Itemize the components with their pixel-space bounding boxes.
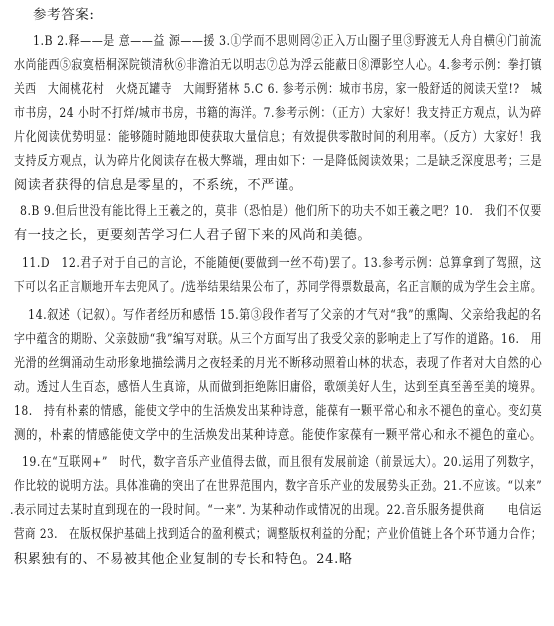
answer-line: 有一技之长，更要刻苦学习仁人君子留下来的风尚和美德。 <box>14 227 542 245</box>
answer-line: 11.D 12.君子对于自己的言论，不能随便(要做到一丝不苟)罢了。13.参考示… <box>22 255 454 273</box>
answer-line: 动。透过人生百态，感悟人生真谛，从而做到拒绝陈旧庸俗，歌颂美好人生，达到至真至善… <box>14 379 455 397</box>
answer-document: 参考答案: 1.B 2.释——是 意——益 源——援 3.①学而不思则罔②正入万… <box>0 0 554 626</box>
answer-line: .表示同过去某时直到现在的一段时间。“一来”. 为某种动作或情况的出现。22.音… <box>10 502 450 520</box>
answer-line: 下可以名正言顺地开车去兜风了。/选举结果结果公布了，苏同学得票数最高，名正言顺的… <box>14 279 443 297</box>
answer-line: 14.叙述（记叙）。写作者经历和感悟 15.第③段作者写了父亲的才气对“我”的熏… <box>28 307 463 325</box>
answer-line: 19.在“互联网+” 时代，数字音乐产业值得去做，而且很有发展前途（前景远大）。… <box>22 454 452 472</box>
answer-line: 阅读者获得的信息是零星的，不系统，不严谨。 <box>14 177 542 195</box>
answer-line: 片化阅读优势明显：能够随时随地即使获取大量信息；有效提供零散时间的利用率。（反方… <box>14 129 460 147</box>
answer-line: 光滑的丝绸涌动生动形象地描绘满月之夜轻柔的月光不断移动照着山林的状态，表现了作者… <box>14 355 455 373</box>
answer-line: 字中蕴含的期盼、父亲鼓励“我”编写对联。从三个方面写出了我受父亲的影响走上了写作… <box>14 331 449 349</box>
answer-line: 1.B 2.释——是 意——益 源——援 3.①学而不思则罔②正入万山圈子里③野… <box>33 33 460 51</box>
answer-line: 关西 大闹桃花村 火烧瓦罐寺 大闹野猪林 5.C 6. 参考示例：城市书房，家一… <box>14 81 448 99</box>
answer-line: 8.B 9.但后世没有能比得上王羲之的，莫非（恐怕是）他们所下的功夫不如王羲之吧… <box>20 203 454 221</box>
answer-line: 18. 持有朴素的情感，能使文学中的生活焕发出某种诗意，能葆有一颗平常心和永不褪… <box>14 403 449 421</box>
answer-line: 营商 23. 在版权保护基础上找到适合的盈利模式；调整版权利益的分配；产业价值链… <box>14 526 437 544</box>
answer-line: 测的，朴素的情感能使文学中的生活焕发出某种诗意。能使作家葆有一颗平常心和永不褪色… <box>14 427 475 445</box>
answer-line: 支持反方观点，认为碎片化阅读存在极大弊端，理由如下：一是降低阅读效果；二是缺乏深… <box>14 153 455 171</box>
answer-line: 水尚能西⑤寂寞梧桐深院锁清秋⑥非澹泊无以明志⑦总为浮云能蔽日⑧潭影空人心。4.参… <box>14 57 455 75</box>
answer-line: 积累独有的、不易被其他企业复制的专长和特色。24.略 <box>14 551 542 569</box>
answer-line: 作比较的说明方法。具体准确的突出了在世界范围内，数字音乐产业的发展势头正劲。21… <box>14 478 449 496</box>
document-title: 参考答案: <box>33 6 544 24</box>
answer-line: 市书房，24 小时不打烊/城市书房，书籍的海洋。7.参考示例：（正方）大家好！我… <box>14 105 450 123</box>
